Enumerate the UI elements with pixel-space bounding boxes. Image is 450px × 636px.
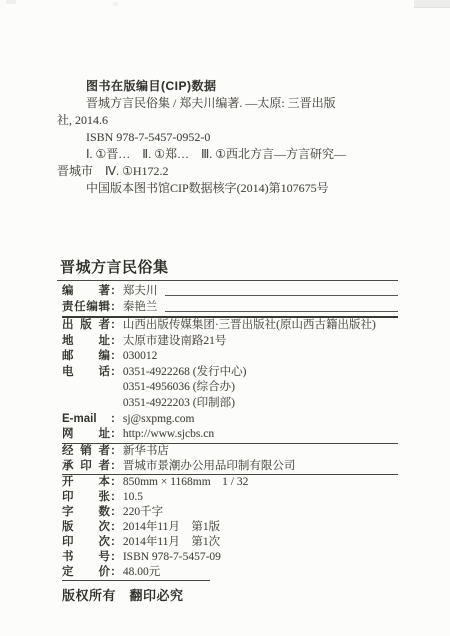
row-label: 定价 bbox=[62, 565, 110, 580]
row-colon: : bbox=[111, 365, 115, 381]
copyright-notice: 版权所有 翻印必究 bbox=[62, 585, 398, 604]
row-label: 承印者 bbox=[62, 459, 110, 474]
row-label: E-mail bbox=[62, 412, 110, 428]
row-label: 网址 bbox=[62, 427, 110, 443]
row-label: 开本 bbox=[62, 475, 110, 490]
row-value: 0351-4956036 (综合办) bbox=[123, 380, 235, 396]
colophon-row-impression: 印次: 2014年11月 第1次 bbox=[57, 535, 398, 550]
scan-artifact bbox=[113, 2, 118, 6]
row-label: 印次 bbox=[62, 535, 110, 550]
cip-header: 图书在版编目(CIP)数据 bbox=[57, 78, 398, 95]
row-label: 书号 bbox=[62, 550, 110, 565]
row-colon: : bbox=[111, 412, 115, 428]
row-value: 48.00元 bbox=[123, 565, 160, 580]
colophon-row-printer: 承印者: 晋城市景潮办公用品印制有限公司 bbox=[57, 459, 398, 474]
cip-block: 图书在版编目(CIP)数据 晋城方言民俗集 / 郑夫川编著. —太原: 三晋出版… bbox=[57, 78, 398, 197]
editor-group: 编著: 郑夫川 责任编辑: 秦艳兰 bbox=[57, 283, 398, 315]
row-label bbox=[62, 380, 110, 396]
colophon-row-format: 开本: 850mm × 1168mm 1 / 32 bbox=[57, 475, 398, 490]
row-label: 版次 bbox=[62, 520, 110, 535]
cip-entry-line1: 晋城方言民俗集 / 郑夫川编著. —太原: 三晋出版 bbox=[57, 95, 398, 112]
colophon-row-phone: 电话: 0351-4922268 (发行中心) bbox=[57, 365, 398, 381]
scan-artifact bbox=[414, 0, 450, 8]
colophon-row-editor: 编著: 郑夫川 bbox=[57, 283, 398, 299]
row-colon: : bbox=[111, 459, 115, 474]
row-label: 责任编辑 bbox=[62, 299, 110, 315]
row-label: 邮编 bbox=[62, 349, 110, 365]
rule-fill bbox=[165, 283, 398, 296]
colophon-row-phone-3: : 0351-4922203 (印制部) bbox=[57, 396, 398, 412]
distributor-group: 经销者: 新华书店 承印者: 晋城市景潮办公用品印制有限公司 bbox=[57, 444, 398, 474]
colophon-row-phone-2: : 0351-4956036 (综合办) bbox=[57, 380, 398, 396]
copyright-page: 图书在版编目(CIP)数据 晋城方言民俗集 / 郑夫川编著. —太原: 三晋出版… bbox=[0, 0, 450, 636]
row-colon: : bbox=[111, 299, 115, 315]
colophon-block: 晋城方言民俗集 编著: 郑夫川 责任编辑: 秦艳兰 出版者: 山西出版传媒集团·… bbox=[57, 256, 398, 604]
row-value: 2014年11月 第1版 bbox=[123, 520, 220, 535]
cip-record-number: 中国版本图书馆CIP数据核字(2014)第107675号 bbox=[57, 180, 398, 197]
book-title: 晋城方言民俗集 bbox=[57, 256, 398, 281]
row-label bbox=[62, 396, 110, 412]
row-value: 郑夫川 bbox=[123, 283, 158, 299]
cip-classification-line2: 晋城市 Ⅳ. ①H172.2 bbox=[57, 163, 398, 180]
separator-rule-short bbox=[62, 580, 210, 581]
row-colon: : bbox=[111, 550, 115, 565]
row-colon: : bbox=[111, 475, 115, 490]
publisher-group: 出版者: 山西出版传媒集团·三晋出版社(原山西古籍出版社) 地址: 太原市建设南… bbox=[57, 318, 398, 443]
row-value: 220千字 bbox=[123, 505, 163, 520]
row-colon: : bbox=[111, 520, 115, 535]
colophon-row-postcode: 邮编: 030012 bbox=[57, 349, 398, 365]
row-colon: : bbox=[111, 334, 115, 350]
colophon-row-distributor: 经销者: 新华书店 bbox=[57, 444, 398, 459]
row-label: 出版者 bbox=[62, 318, 110, 334]
row-label: 印张 bbox=[62, 490, 110, 505]
colophon-row-email: E-mail: sj@sxpmg.com bbox=[57, 412, 398, 428]
row-label: 地址 bbox=[62, 334, 110, 350]
row-colon: : bbox=[111, 444, 115, 459]
row-colon: : bbox=[111, 490, 115, 505]
colophon-row-address: 地址: 太原市建设南路21号 bbox=[57, 334, 398, 350]
row-label: 电话 bbox=[62, 365, 110, 381]
colophon-row-book-number: 书号: ISBN 978-7-5457-09 bbox=[57, 550, 398, 565]
row-value: ISBN 978-7-5457-09 bbox=[123, 550, 221, 565]
row-colon: : bbox=[111, 318, 115, 334]
row-colon: : bbox=[111, 565, 115, 580]
row-label: 字数 bbox=[62, 505, 110, 520]
cip-entry-line2: 社, 2014.6 bbox=[57, 112, 398, 129]
row-value: 850mm × 1168mm 1 / 32 bbox=[123, 475, 249, 490]
colophon-row-responsible-editor: 责任编辑: 秦艳兰 bbox=[57, 299, 398, 315]
row-colon: : bbox=[111, 427, 115, 443]
row-colon: : bbox=[111, 535, 115, 550]
rule-fill bbox=[165, 299, 398, 312]
colophon-row-price: 定价: 48.00元 bbox=[57, 565, 398, 580]
row-value: 0351-4922268 (发行中心) bbox=[123, 365, 247, 381]
colophon-row-sheets: 印张: 10.5 bbox=[57, 490, 398, 505]
scan-artifact bbox=[6, 0, 16, 4]
cip-classification-line1: Ⅰ. ①晋… Ⅱ. ①郑… Ⅲ. ①西北方言—方言研究— bbox=[57, 146, 398, 163]
row-colon: : bbox=[111, 505, 115, 520]
row-value: 山西出版传媒集团·三晋出版社(原山西古籍出版社) bbox=[123, 318, 376, 334]
colophon-row-wordcount: 字数: 220千字 bbox=[57, 505, 398, 520]
row-label: 经销者 bbox=[62, 444, 110, 459]
row-colon: : bbox=[111, 349, 115, 365]
colophon-row-website: 网址: http://www.sjcbs.cn bbox=[57, 427, 398, 443]
row-value: 2014年11月 第1次 bbox=[123, 535, 220, 550]
colophon-row-publisher: 出版者: 山西出版传媒集团·三晋出版社(原山西古籍出版社) bbox=[57, 318, 398, 334]
cip-isbn: ISBN 978-7-5457-0952-0 bbox=[57, 129, 398, 146]
row-value: sj@sxpmg.com bbox=[123, 412, 195, 428]
row-label: 编著 bbox=[62, 283, 110, 299]
row-value: http://www.sjcbs.cn bbox=[123, 427, 214, 443]
row-value: 秦艳兰 bbox=[123, 299, 158, 315]
row-value: 10.5 bbox=[123, 490, 143, 505]
row-value: 新华书店 bbox=[123, 444, 169, 459]
row-colon: : bbox=[111, 283, 115, 299]
row-value: 030012 bbox=[123, 349, 158, 365]
print-spec-group: 开本: 850mm × 1168mm 1 / 32 印张: 10.5 字数: 2… bbox=[57, 475, 398, 580]
colophon-row-edition: 版次: 2014年11月 第1版 bbox=[57, 520, 398, 535]
row-value: 太原市建设南路21号 bbox=[123, 334, 227, 350]
row-value: 晋城市景潮办公用品印制有限公司 bbox=[123, 459, 296, 474]
row-value: 0351-4922203 (印制部) bbox=[123, 396, 235, 412]
